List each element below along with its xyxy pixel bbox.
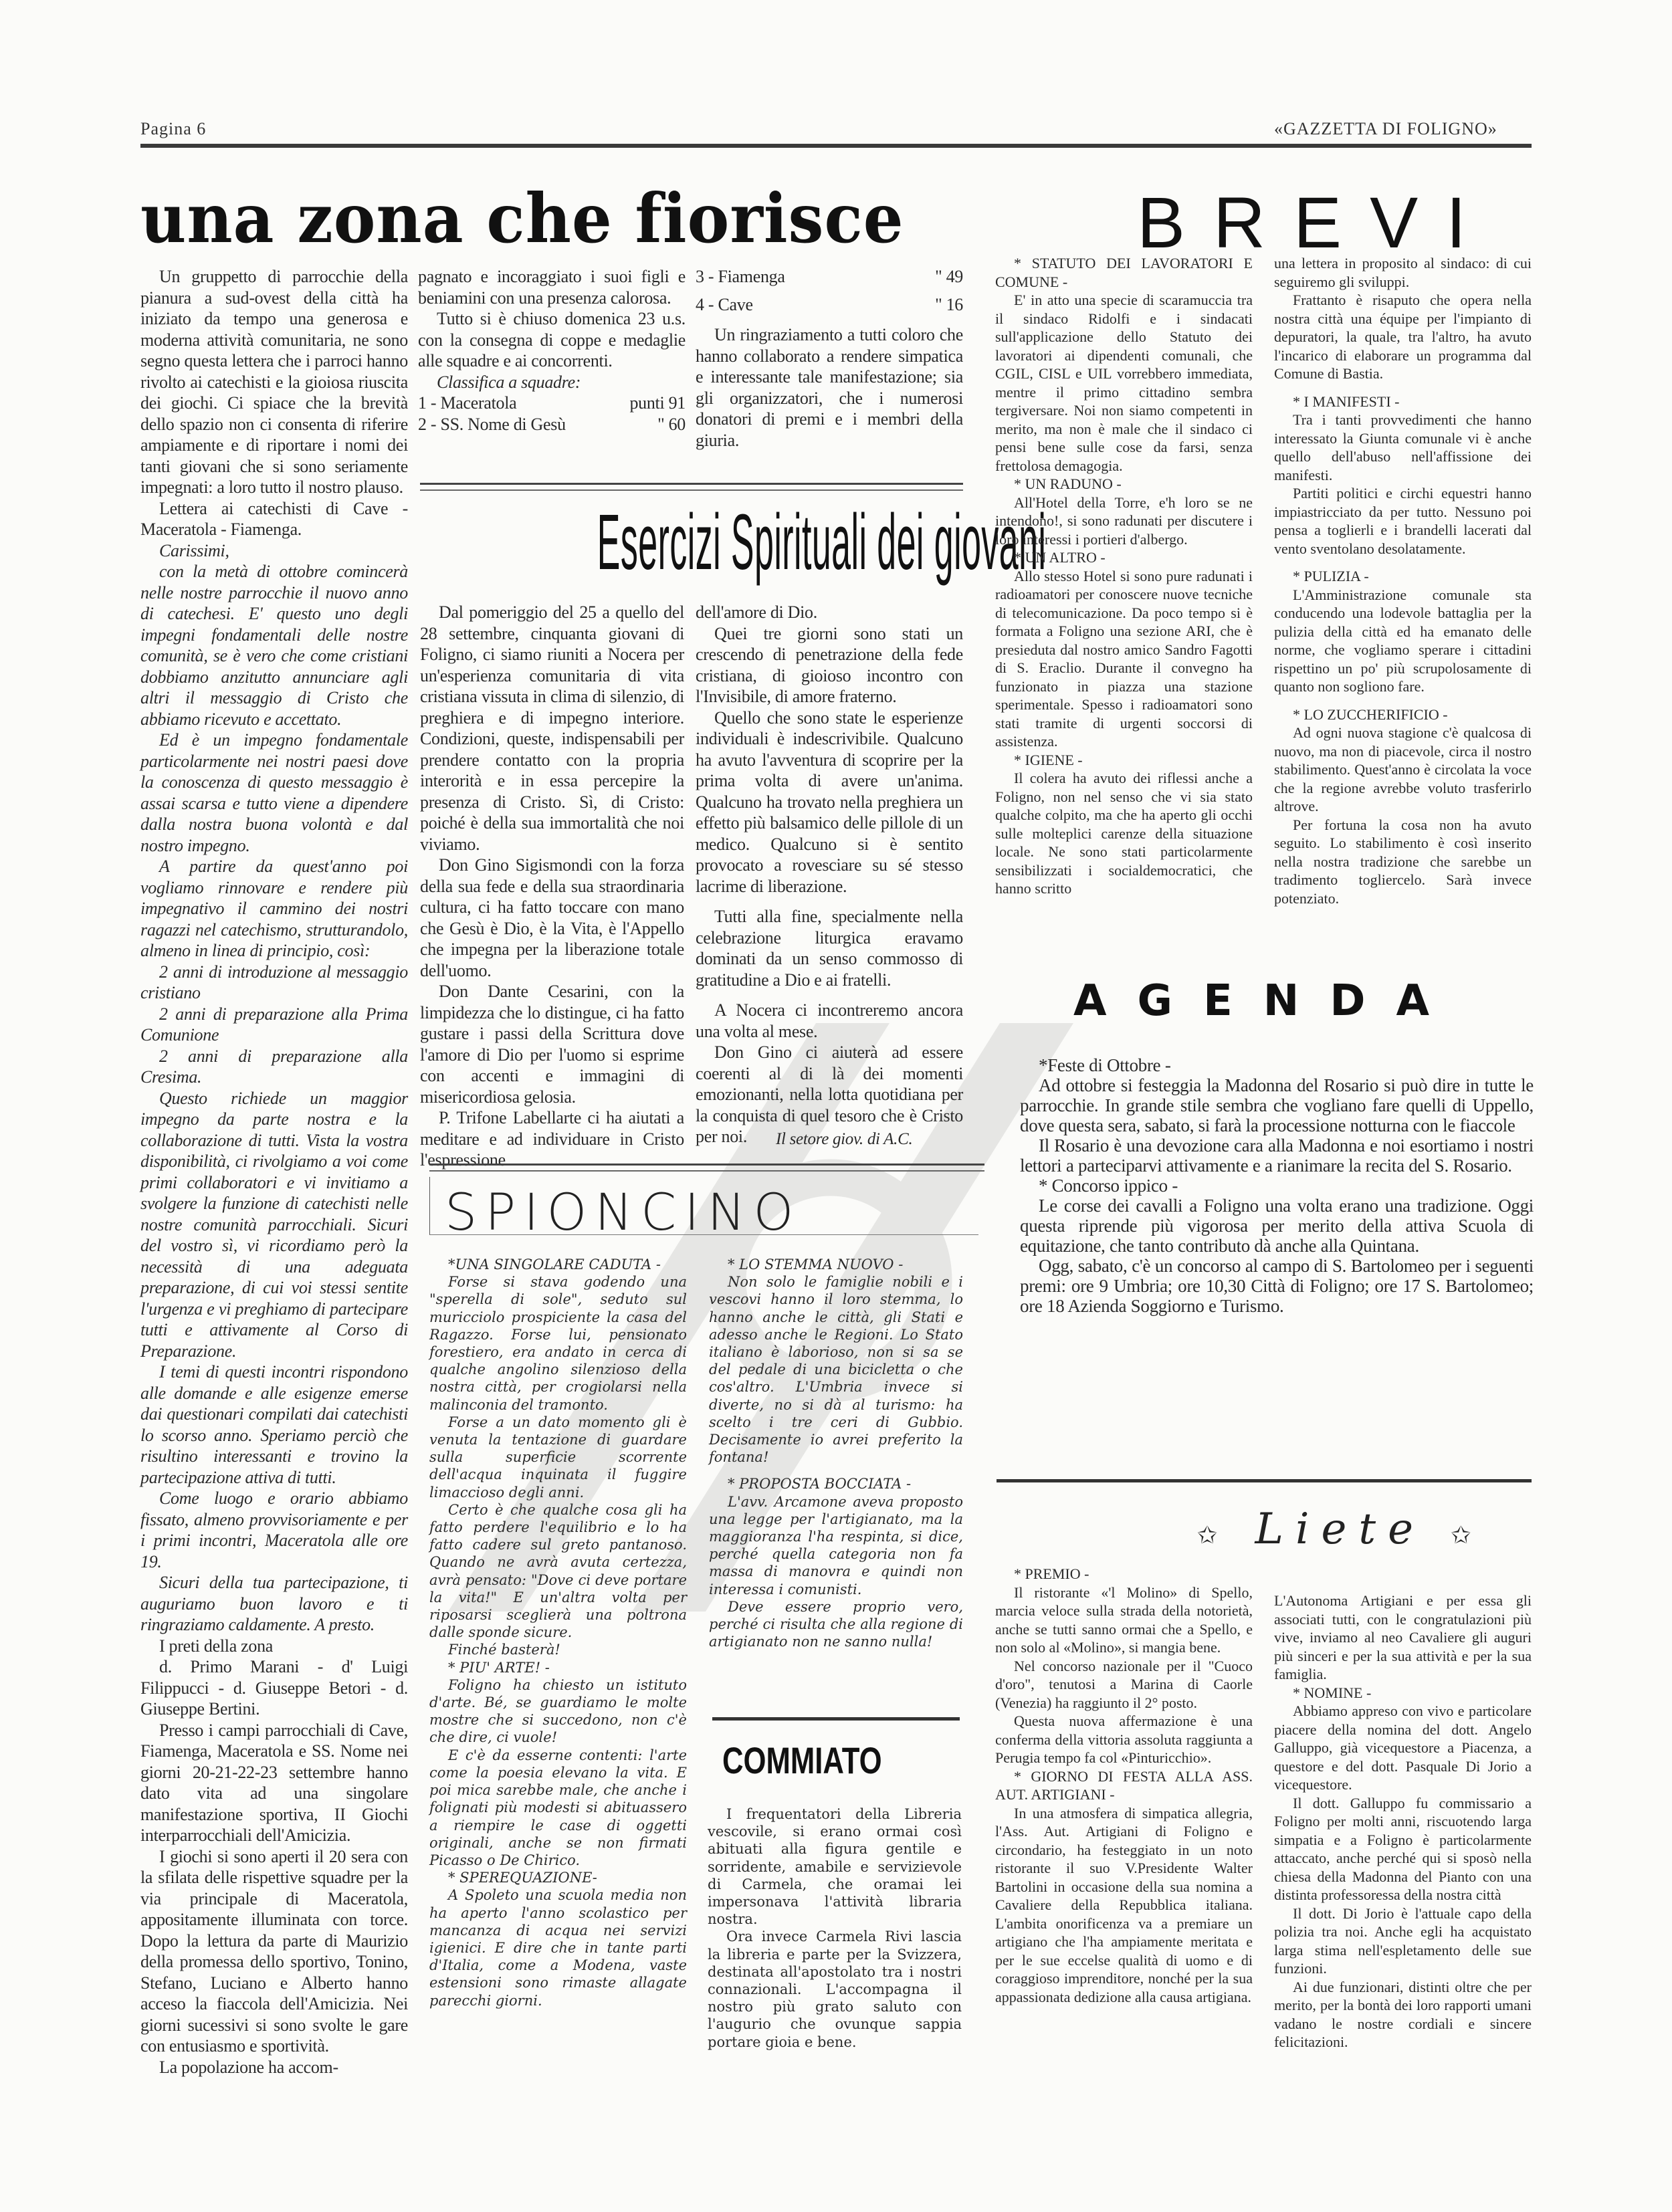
item-heading: * GIORNO DI FESTA ALLA ASS. AUT. ARTIGIA… — [995, 1767, 1253, 1804]
classifica-row-3: 3 - Fiamenga" 49 — [696, 266, 963, 288]
paragraph: In una atmosfera di simpatica allegria, … — [995, 1804, 1253, 2007]
paragraph: Per fortuna la cosa non ha avuto seguito… — [1274, 816, 1532, 908]
top-rule — [140, 144, 1532, 148]
paragraph: Certo è che qualche cosa gli ha fatto pe… — [429, 1501, 687, 1642]
item-heading: * PREMIO - — [995, 1565, 1253, 1583]
classifica-row-2: 2 - SS. Nome di Gesù" 60 — [418, 414, 686, 435]
item-heading: * PULIZIA - — [1274, 567, 1532, 586]
paragraph: d. Primo Marani - d' Luigi Filippucci - … — [140, 1656, 408, 1720]
paragraph: Ed è un impegno fondamentale particolarm… — [140, 730, 408, 856]
paragraph: A Nocera ci incontreremo ancora una volt… — [696, 1000, 963, 1042]
paragraph: Ora invece Carmela Rivi lascia la librer… — [708, 1928, 962, 2050]
paragraph: Non solo le famiglie nobili e i vescovi … — [709, 1273, 963, 1466]
article-esercizi-column-2: dell'amore di Dio.Quei tre giorni sono s… — [696, 602, 963, 1147]
masthead: «GAZZETTA DI FOLIGNO» — [1274, 119, 1497, 139]
paragraph: I preti della zona — [140, 1636, 408, 1657]
article-zona-column-1: Un gruppetto di parrocchie della pianura… — [140, 266, 408, 2078]
paragraph: 2 anni di preparazione alla Prima Comuni… — [140, 1004, 408, 1046]
paragraph: All'Hotel della Torre, e'h loro se ne in… — [995, 493, 1253, 549]
paragraph: Il dott. Galluppo fu commissario a Folig… — [1274, 1794, 1532, 1904]
paragraph: Il dott. Di Jorio è l'attuale capo della… — [1274, 1904, 1532, 1978]
paragraph: L'Autonoma Artigiani e per essa gli asso… — [1274, 1591, 1532, 1684]
paragraph: dell'amore di Dio. — [696, 602, 963, 623]
column-brevi-2: una lettera in proposito al sindaco: di … — [1274, 254, 1532, 907]
headline-brevi: BREVI — [1137, 181, 1494, 264]
headline-commiato: COMMIATO — [722, 1739, 882, 1782]
column-liete-1: * PREMIO -Il ristorante «'l Molino» di S… — [995, 1565, 1253, 2006]
paragraph: Le corse dei cavalli a Foligno una volta… — [1020, 1196, 1534, 1256]
section-divider — [429, 1164, 984, 1172]
item-heading: * SPEREQUAZIONE- — [429, 1869, 687, 1886]
headline-esercizi-spirituali: Esercizi Spirituali dei giovani — [597, 503, 821, 582]
paragraph: Lettera ai catechisti di Cave - Macerato… — [140, 498, 408, 540]
paragraph: pagnato e incoraggiato i suoi figli e be… — [418, 266, 686, 308]
paragraph: Don Dante Cesarini, con la limpidezza ch… — [420, 981, 684, 1107]
item-heading: * NOMINE - — [1274, 1684, 1532, 1702]
item-heading: * IGIENE - — [995, 751, 1253, 770]
paragraph: Ad ogni nuova stagione c'è qualcosa di n… — [1274, 724, 1532, 816]
paragraph: con la metà di ottobre comincerà nelle n… — [140, 561, 408, 730]
paragraph: Allo stesso Hotel si sono pure radunati … — [995, 567, 1253, 751]
paragraph: Un gruppetto di parrocchie della pianura… — [140, 266, 408, 498]
paragraph: E c'è da esserne contenti: l'arte come l… — [429, 1747, 687, 1869]
paragraph: Don Gino Sigismondi con la forza della s… — [420, 855, 684, 981]
paragraph: La popolazione ha accom- — [140, 2057, 408, 2078]
paragraph: Il colera ha avuto dei riflessi anche a … — [995, 769, 1253, 898]
page-number: Pagina 6 — [140, 119, 206, 139]
section-divider — [997, 1479, 1532, 1482]
paragraph: una lettera in proposito al sindaco: di … — [1274, 254, 1532, 291]
paragraph: Dal pomeriggio del 25 a quello del 28 se… — [420, 602, 684, 855]
paragraph: Partiti politici e circhi equestri hanno… — [1274, 484, 1532, 558]
paragraph: E' in atto una specie di scaramuccia tra… — [995, 291, 1253, 475]
star-icon: ✩ — [1197, 1522, 1229, 1549]
paragraph: A Spoleto una scuola media non ha aperto… — [429, 1886, 687, 2009]
article-zona-column-3: 3 - Fiamenga" 49 4 - Cave" 16 Un ringraz… — [696, 266, 963, 451]
classifica-row-4: 4 - Cave" 16 — [696, 294, 963, 316]
item-heading: * STATUTO DEI LAVORATORI E COMUNE - — [995, 254, 1253, 291]
headline-una-zona-che-fiorisce: una zona che fiorisce — [140, 179, 904, 259]
paragraph: I frequentatori della Libreria vescovile… — [708, 1805, 962, 1928]
section-divider — [420, 483, 963, 491]
article-esercizi-column-1: Dal pomeriggio del 25 a quello del 28 se… — [420, 602, 684, 1171]
paragraph: I giochi si sono aperti il 20 sera con l… — [140, 1846, 408, 2057]
column-brevi-1: * STATUTO DEI LAVORATORI E COMUNE -E' in… — [995, 254, 1253, 898]
paragraph: L'Amministrazione comunale sta conducend… — [1274, 586, 1532, 696]
paragraph: Abbiamo appreso con vivo e particolare p… — [1274, 1702, 1532, 1794]
item-heading: *UNA SINGOLARE CADUTA - — [429, 1256, 687, 1273]
paragraph: P. Trifone Labellarte ci ha aiutati a me… — [420, 1107, 684, 1171]
section-divider — [712, 1717, 960, 1721]
paragraph: L'avv. Arcamone aveva proposto una legge… — [709, 1493, 963, 1598]
item-heading: *Feste di Ottobre - — [1020, 1055, 1534, 1075]
star-icon: ✩ — [1451, 1522, 1483, 1549]
paragraph: Questa nuova affermazione è una conferma… — [995, 1712, 1253, 1767]
paragraph: Forse a un dato momento gli è venuta la … — [429, 1414, 687, 1501]
headline-agenda: AGENDA — [1073, 976, 1460, 1026]
article-zona-column-2: pagnato e incoraggiato i suoi figli e be… — [418, 266, 686, 435]
paragraph: Come luogo e orario abbiamo fissato, alm… — [140, 1488, 408, 1572]
paragraph: Frattanto è risaputo che opera nella nos… — [1274, 291, 1532, 383]
liete-title: Liete — [1255, 1505, 1425, 1554]
paragraph: Presso i campi parrocchiali di Cave, Fia… — [140, 1720, 408, 1846]
paragraph: I temi di questi incontri rispondono all… — [140, 1361, 408, 1488]
paragraph: 2 anni di introduzione al messaggio cris… — [140, 962, 408, 1004]
column-spioncino-1: *UNA SINGOLARE CADUTA -Forse si stava go… — [429, 1256, 687, 2009]
paragraph: Tutti alla fine, specialmente nella cele… — [696, 906, 963, 990]
column-spioncino-2: * LO STEMMA NUOVO -Non solo le famiglie … — [709, 1256, 963, 1650]
paragraph: Foligno ha chiesto un istituto d'arte. B… — [429, 1676, 687, 1747]
paragraph: Quei tre giorni sono stati un crescendo … — [696, 623, 963, 707]
paragraph: 2 anni di preparazione alla Cresima. — [140, 1046, 408, 1088]
classifica-label: Classifica a squadre: — [418, 372, 686, 393]
paragraph: Quello che sono state le esperienze indi… — [696, 707, 963, 897]
headline-spioncino: SPIONCINO — [445, 1182, 801, 1242]
item-heading: * PROPOSTA BOCCIATA - — [709, 1475, 963, 1492]
paragraph: Nel concorso nazionale per il "Cuoco d'o… — [995, 1657, 1253, 1712]
paragraph: Ai due funzionari, distinti oltre che pe… — [1274, 1978, 1532, 2052]
item-heading: * LO STEMMA NUOVO - — [709, 1256, 963, 1273]
paragraph: Deve essere proprio vero, perché ci risu… — [709, 1598, 963, 1651]
paragraph: Questo richiede un maggior impegno da pa… — [140, 1088, 408, 1362]
item-heading: * PIU' ARTE! - — [429, 1659, 687, 1676]
paragraph: Finché basterà! — [429, 1641, 687, 1658]
column-liete-2: L'Autonoma Artigiani e per essa gli asso… — [1274, 1591, 1532, 2052]
item-heading: * I MANIFESTI - — [1274, 393, 1532, 411]
paragraph: Sicuri della tua partecipazione, ti augu… — [140, 1572, 408, 1636]
paragraph: Ogg, sabato, c'è un concorso al campo di… — [1020, 1256, 1534, 1316]
classifica-row-1: 1 - Maceratolapunti 91 — [418, 393, 686, 414]
article-signature: Il setore giov. di A.C. — [776, 1129, 912, 1150]
paragraph: Tutto si è chiuso domenica 23 u.s. con l… — [418, 308, 686, 372]
paragraph: Un ringraziamento a tutti coloro che han… — [696, 324, 963, 451]
paragraph: A partire da quest'anno poi vogliamo rin… — [140, 856, 408, 962]
paragraph: Il ristorante «'l Molino» di Spello, mar… — [995, 1583, 1253, 1657]
paragraph: Tra i tanti provvedimenti che hanno inte… — [1274, 411, 1532, 484]
paragraph: Forse si stava godendo una "sperella di … — [429, 1273, 687, 1414]
item-heading: * Concorso ippico - — [1020, 1176, 1534, 1196]
column-agenda: *Feste di Ottobre -Ad ottobre si festegg… — [1020, 1055, 1534, 1316]
article-commiato: I frequentatori della Libreria vescovile… — [708, 1805, 962, 2051]
paragraph: Ad ottobre si festeggia la Madonna del R… — [1020, 1075, 1534, 1135]
paragraph: Il Rosario è una devozione cara alla Mad… — [1020, 1135, 1534, 1176]
item-heading: * LO ZUCCHERIFICIO - — [1274, 705, 1532, 724]
paragraph: Carissimi, — [140, 540, 408, 562]
item-heading: * UN RADUNO - — [995, 475, 1253, 493]
item-heading: * UN ALTRO - — [995, 548, 1253, 567]
headline-liete: ✩ Liete ✩ — [1197, 1505, 1483, 1554]
